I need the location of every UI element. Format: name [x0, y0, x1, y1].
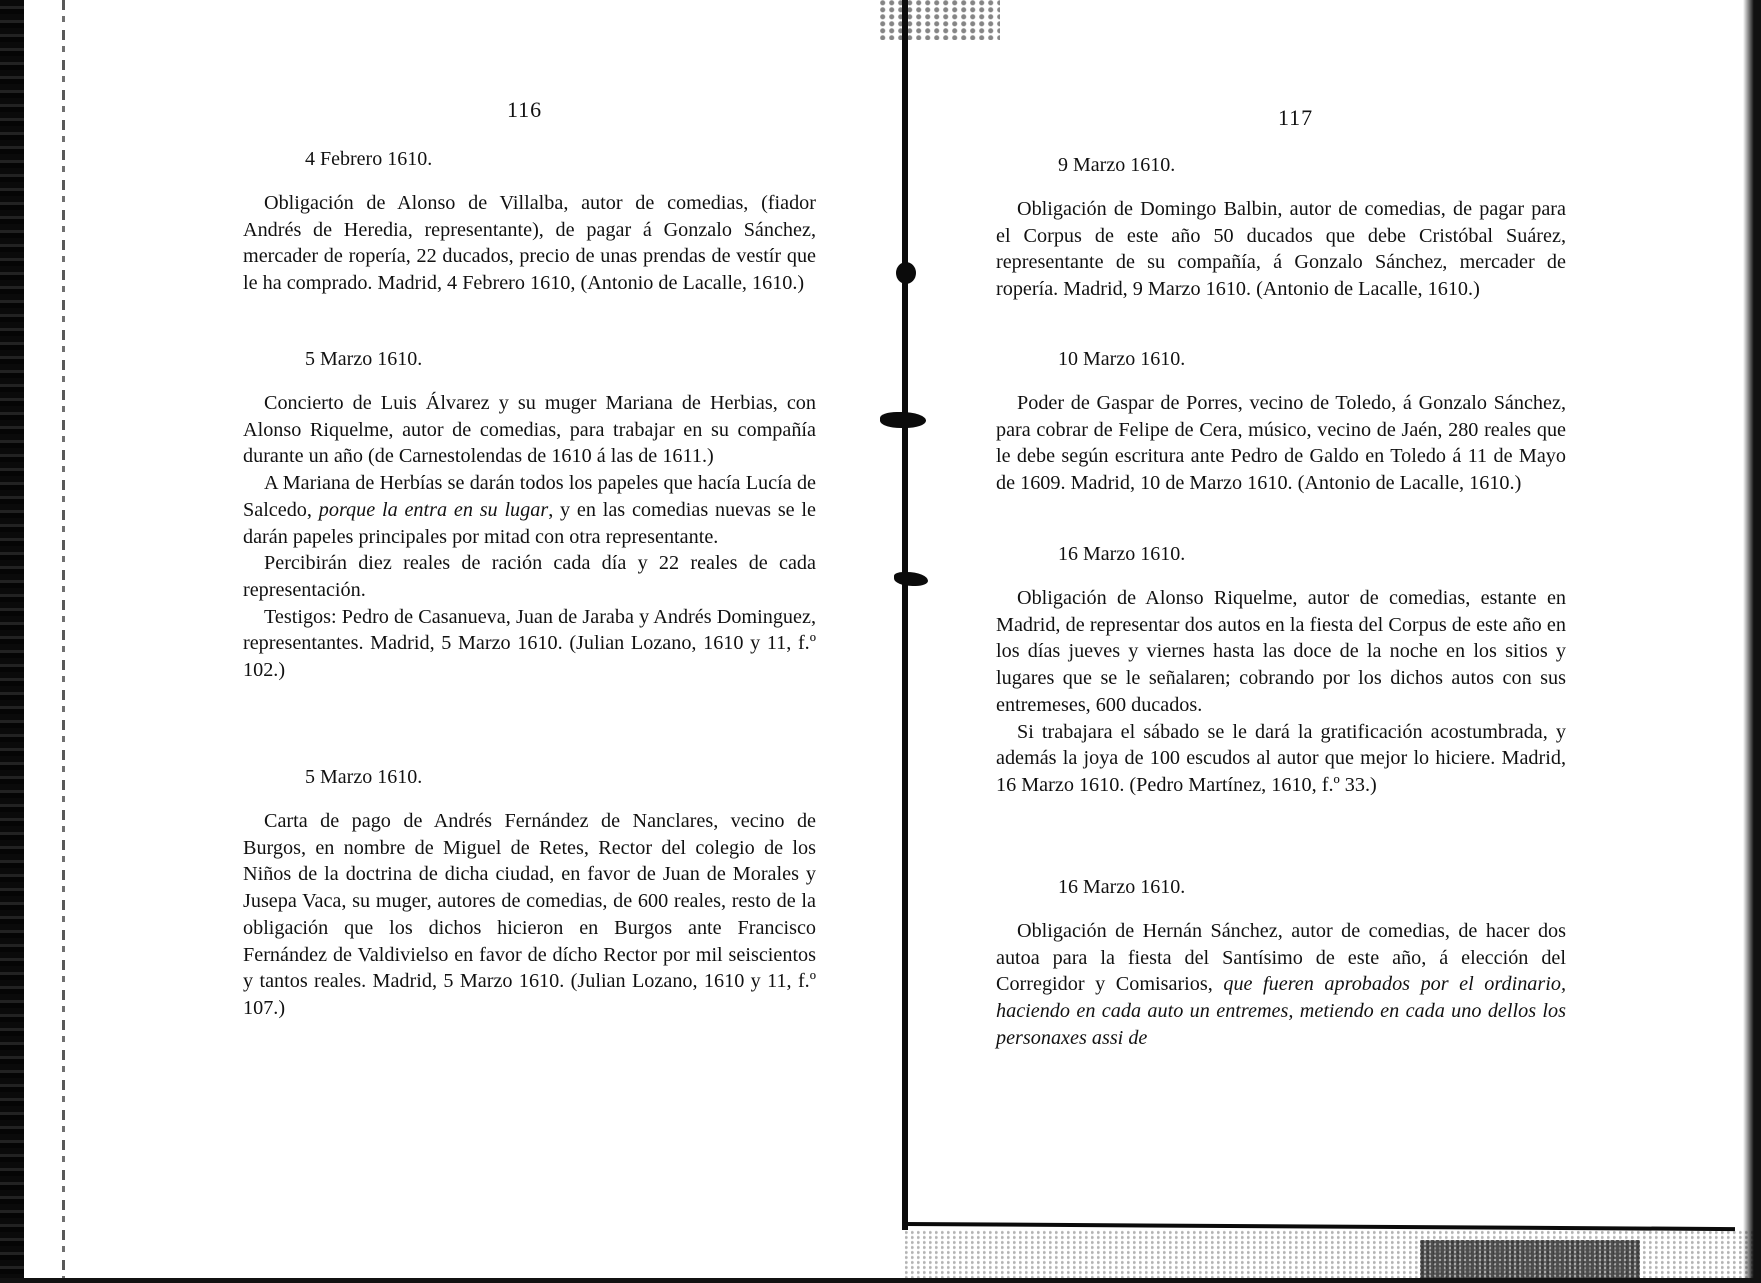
entry: 10 Marzo 1610. Poder de Gaspar de Porres… — [996, 346, 1566, 497]
ink-blot — [880, 412, 926, 428]
gutter-line — [902, 0, 908, 1230]
entry-paragraph: Concierto de Luis Álvarez y su muger Mar… — [243, 390, 816, 470]
entry-body: Obligación de Hernán Sánchez, autor de c… — [996, 918, 1566, 1052]
left-page-edge — [62, 0, 65, 1283]
entry: 9 Marzo 1610. Obligación de Domingo Balb… — [996, 152, 1566, 303]
italic-quote: porque la entra en su lugar — [319, 499, 548, 521]
entry: 5 Marzo 1610. Concierto de Luis Álvarez … — [243, 346, 816, 684]
entry-date: 16 Marzo 1610. — [1058, 541, 1566, 567]
entry: 16 Marzo 1610. Obligación de Hernán Sánc… — [996, 874, 1566, 1052]
entry: 16 Marzo 1610. Obligación de Alonso Riqu… — [996, 541, 1566, 799]
entry-paragraph: Percibirán diez reales de ración cada dí… — [243, 550, 816, 603]
entry-body: Concierto de Luis Álvarez y su muger Mar… — [243, 390, 816, 684]
entry-paragraph: Obligación de Alonso Riquelme, autor de … — [996, 585, 1566, 719]
bottom-scan-edge — [0, 1278, 1761, 1283]
entry-date: 4 Febrero 1610. — [305, 146, 816, 172]
page-number: 116 — [507, 97, 542, 123]
ink-blot — [894, 572, 928, 586]
entry-body: Obligación de Alonso de Villalba, autor … — [243, 190, 816, 297]
page-number: 117 — [1278, 105, 1313, 131]
entry-paragraph: A Mariana de Herbías se darán todos los … — [243, 470, 816, 550]
entry: 4 Febrero 1610. Obligación de Alonso de … — [243, 146, 816, 297]
entry-date: 9 Marzo 1610. — [1058, 152, 1566, 178]
left-binding-shadow — [0, 0, 24, 1283]
entry-date: 5 Marzo 1610. — [305, 764, 816, 790]
entry-paragraph: Obligación de Domingo Balbin, autor de c… — [996, 196, 1566, 303]
entry-paragraph: Poder de Gaspar de Porres, vecino de Tol… — [996, 390, 1566, 497]
entry-date: 16 Marzo 1610. — [1058, 874, 1566, 900]
entry-paragraph: Obligación de Hernán Sánchez, autor de c… — [996, 918, 1566, 1052]
entry-paragraph: Obligación de Alonso de Villalba, autor … — [243, 190, 816, 297]
entry-paragraph: Carta de pago de Andrés Fernández de Nan… — [243, 808, 816, 1022]
ink-blot — [896, 262, 916, 284]
entry-date: 10 Marzo 1610. — [1058, 346, 1566, 372]
book-spread: 116 4 Febrero 1610. Obligación de Alonso… — [0, 0, 1761, 1283]
entry: 5 Marzo 1610. Carta de pago de Andrés Fe… — [243, 764, 816, 1022]
entry-body: Obligación de Alonso Riquelme, autor de … — [996, 585, 1566, 799]
entry-date: 5 Marzo 1610. — [305, 346, 816, 372]
bottom-dark-speckle — [1420, 1240, 1640, 1283]
right-binding-shadow — [1743, 0, 1761, 1283]
entry-paragraph: Testigos: Pedro de Casanueva, Juan de Ja… — [243, 604, 816, 684]
entry-body: Poder de Gaspar de Porres, vecino de Tol… — [996, 390, 1566, 497]
entry-body: Carta de pago de Andrés Fernández de Nan… — [243, 808, 816, 1022]
entry-body: Obligación de Domingo Balbin, autor de c… — [996, 196, 1566, 303]
entry-paragraph: Si trabajara el sábado se le dará la gra… — [996, 719, 1566, 799]
gutter-speckle — [880, 0, 1000, 40]
